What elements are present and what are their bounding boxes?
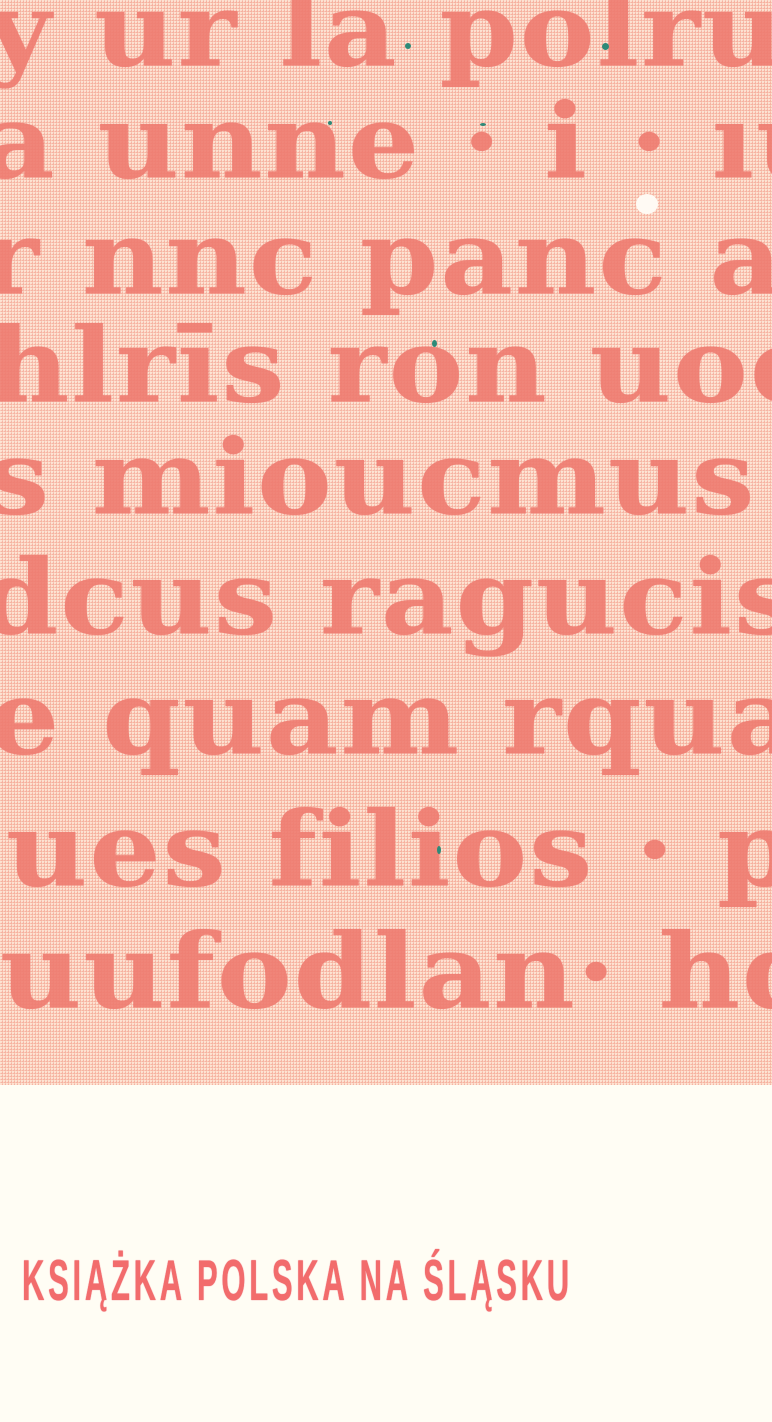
book-title: KSIĄŻKA POLSKA NA ŚLĄSKU — [22, 1247, 456, 1314]
manuscript-line: y ur la polruta · a n — [0, 0, 772, 91]
manuscript-line: hlrīs ron uocmu· h — [0, 306, 772, 427]
ink-speck — [432, 340, 437, 347]
manuscript-line: s mioucmus r cc hu — [0, 418, 772, 539]
ink-speck — [437, 846, 441, 854]
manuscript-line: r nnc panc apella — [0, 198, 772, 319]
manuscript-line: dcus ragucis roia — [0, 538, 772, 659]
ink-speck — [602, 43, 609, 50]
ink-speck — [405, 43, 411, 49]
ink-speck — [480, 123, 486, 126]
book-cover: y ur la polruta · a n a unne · i · ıudva… — [0, 0, 772, 1422]
ink-speck — [328, 121, 332, 125]
manuscript-line: a unne · i · ıudvac qu — [0, 82, 772, 203]
manuscript-image: y ur la polruta · a n a unne · i · ıudva… — [0, 0, 772, 1085]
manuscript-line: uufodlan· hq a — [0, 912, 772, 1033]
manuscript-line: ues filios · pmoga — [6, 790, 772, 911]
manuscript-line: e quam rqua iōnc — [0, 658, 772, 779]
paper-blot — [636, 194, 658, 214]
